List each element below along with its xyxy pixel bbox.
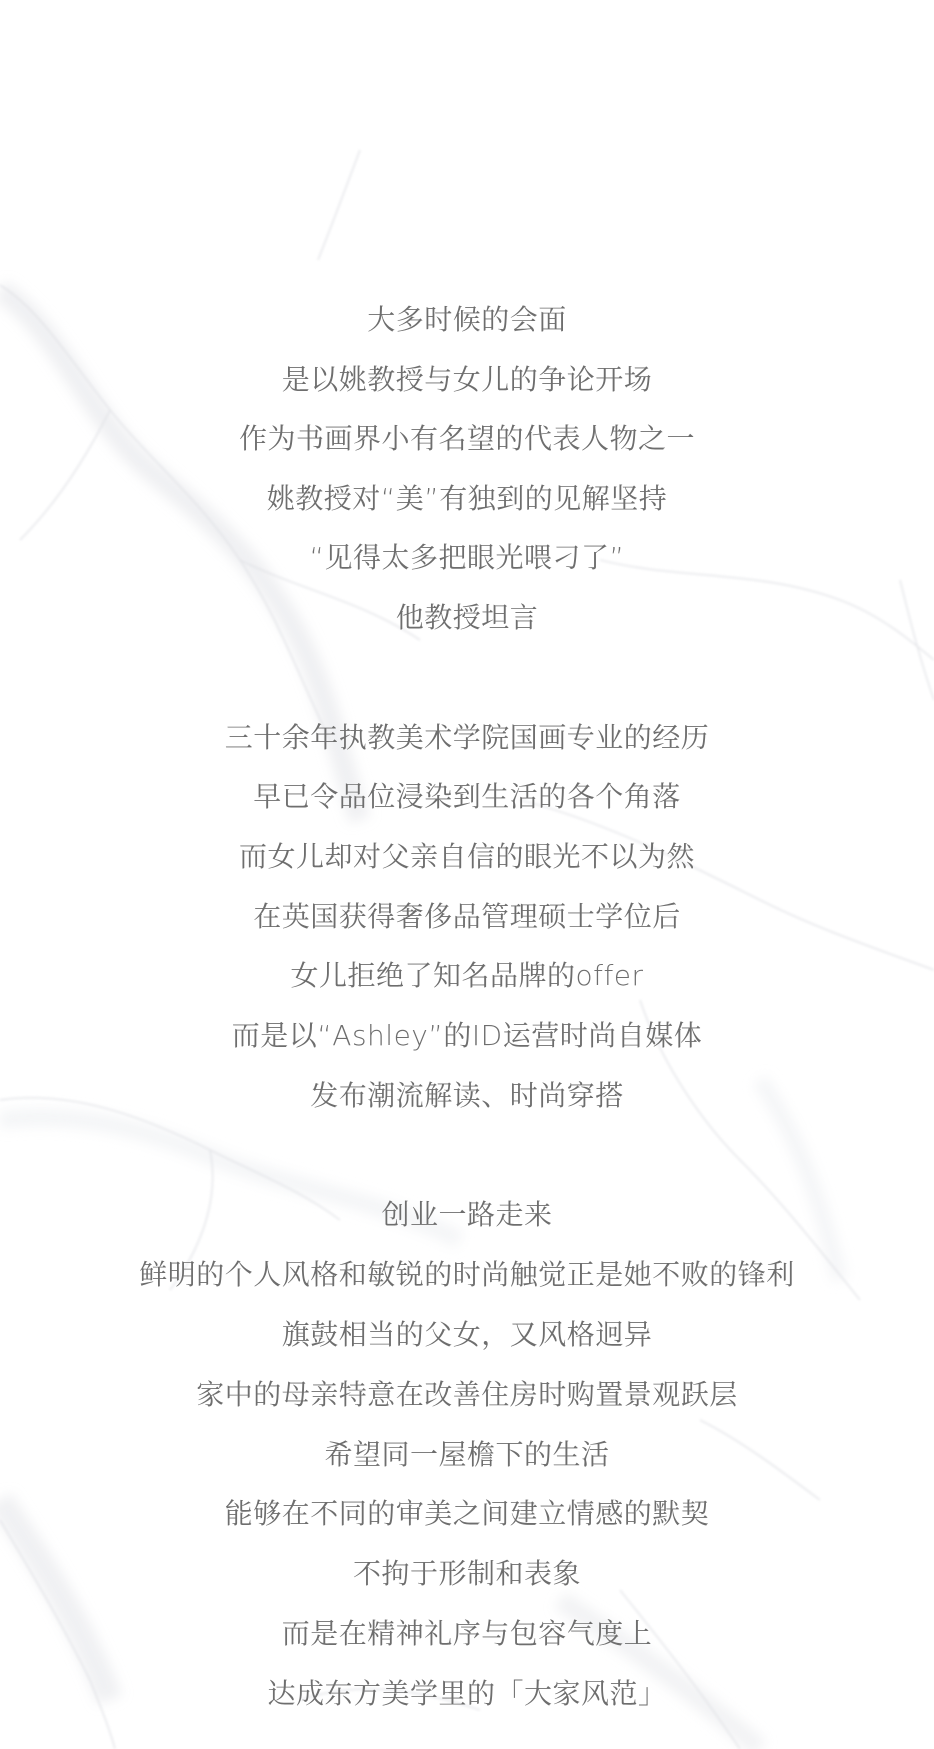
text-line: 是以姚教授与女儿的争论开场 (0, 360, 934, 400)
text-line: 希望同一屋檐下的生活 (0, 1435, 934, 1475)
text-line: 早已令品位浸染到生活的各个角落 (0, 777, 934, 817)
text-line: 而是以“Ashley”的ID运营时尚自媒体 (0, 1016, 934, 1056)
text-line: 家中的母亲特意在改善住房时购置景观跃层 (0, 1375, 934, 1415)
text-line: “见得太多把眼光喂刁了” (0, 538, 934, 578)
text-line: 他教授坦言 (0, 598, 934, 638)
text-line: 在英国获得奢侈品管理硕士学位后 (0, 897, 934, 937)
text-line: 作为书画界小有名望的代表人物之一 (0, 419, 934, 459)
text-line: 发布潮流解读、时尚穿搭 (0, 1076, 934, 1116)
text-line: 三十余年执教美术学院国画专业的经历 (0, 718, 934, 758)
text-line: 不拘于形制和表象 (0, 1554, 934, 1594)
text-line: 而女儿却对父亲自信的眼光不以为然 (0, 837, 934, 877)
text-line: 大多时候的会面 (0, 300, 934, 340)
text-line: 能够在不同的审美之间建立情感的默契 (0, 1494, 934, 1534)
text-line: 而是在精神礼序与包容气度上 (0, 1614, 934, 1654)
text-line: 创业一路走来 (0, 1195, 934, 1235)
text-line: 旗鼓相当的父女，又风格迥异 (0, 1315, 934, 1355)
text-line: 女儿拒绝了知名品牌的offer (0, 956, 934, 996)
text-line: 达成东方美学里的「大家风范」 (0, 1674, 934, 1714)
text-line: 鲜明的个人风格和敏锐的时尚触觉正是她不败的锋利 (0, 1255, 934, 1295)
text-line: 姚教授对“美”有独到的见解坚持 (0, 479, 934, 519)
